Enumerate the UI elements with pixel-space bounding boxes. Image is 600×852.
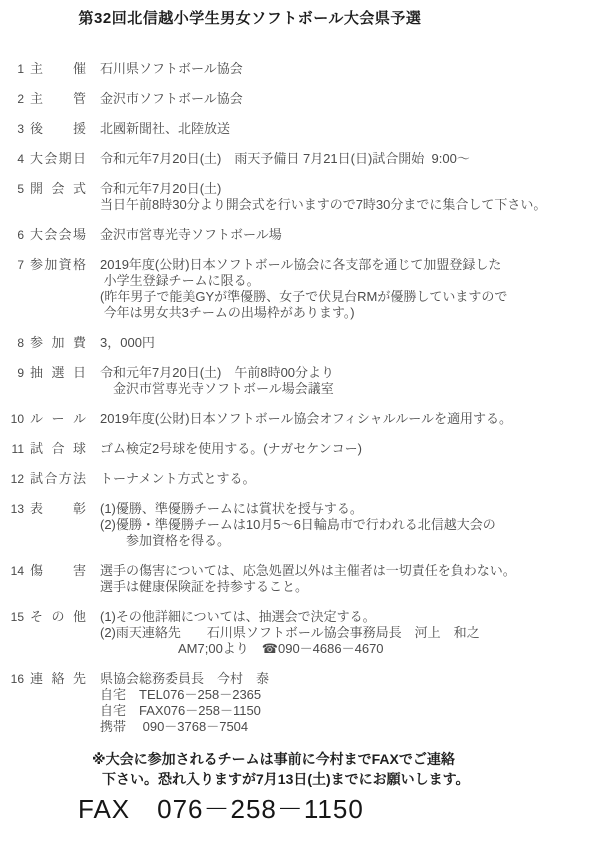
item-row: 16連絡先県協会総務委員長 今村 泰自宅 TEL076－258－2365自宅 F…	[0, 671, 600, 735]
item-value: (1)その他詳細については、抽選会で決定する。(2)雨天連絡先 石川県ソフトボー…	[100, 609, 480, 657]
item-text-line: ゴム検定2号球を使用する。(ナガセケンコー)	[100, 441, 362, 457]
item-row: 3後援北國新聞社、北陸放送	[0, 121, 600, 137]
item-value: 金沢市営専光寺ソフトボール場	[100, 227, 282, 243]
label-char: 先	[73, 671, 86, 687]
item-text-line: 金沢市営専光寺ソフトボール場	[100, 227, 282, 243]
label-char: 選	[51, 365, 64, 381]
label-char: 会	[44, 151, 57, 167]
fax-number: FAX 076－258－1150	[78, 794, 600, 824]
item-text-line: トーナメント方式とする。	[100, 471, 255, 487]
item-row: 2主管金沢市ソフトボール協会	[0, 91, 600, 107]
item-number: 12	[0, 471, 24, 487]
item-row: 12試合方法トーナメント方式とする。	[0, 471, 600, 487]
item-text-line: 石川県ソフトボール協会	[100, 61, 243, 77]
fax-notice: ※大会に参加されるチームは事前に今村までFAXでご連絡 下さい。恐れ入りますが7…	[92, 749, 600, 789]
label-char: 日	[73, 151, 86, 167]
item-text-line: 金沢市営専光寺ソフトボール場会議室	[100, 381, 334, 397]
item-value: 令和元年7月20日(土) 雨天予備日 7月21日(日)試合開始 9:00～	[100, 151, 470, 167]
item-number: 2	[0, 91, 24, 107]
item-label: ルール	[30, 411, 86, 427]
item-number: 14	[0, 563, 24, 579]
item-label: 大会期日	[30, 151, 86, 167]
item-text-line: 自宅 FAX076－258－1150	[100, 703, 269, 719]
label-char: 会	[51, 181, 64, 197]
item-row: 10ルール2019年度(公財)日本ソフトボール協会オフィシャルルールを適用する。	[0, 411, 600, 427]
item-label: 参加費	[30, 335, 86, 351]
item-row: 5開会式令和元年7月20日(土)当日午前8時30分より開会式を行いますので7時3…	[0, 181, 600, 213]
item-text-line: 小学生登録チームに限る。	[100, 273, 507, 289]
item-value: 県協会総務委員長 今村 泰自宅 TEL076－258－2365自宅 FAX076…	[100, 671, 269, 735]
item-number: 4	[0, 151, 24, 167]
item-value: 石川県ソフトボール協会	[100, 61, 243, 77]
item-text-line: 北國新聞社、北陸放送	[100, 121, 230, 137]
label-char: 催	[73, 61, 86, 77]
item-text-line: (1)その他詳細については、抽選会で決定する。	[100, 609, 480, 625]
item-label: 抽選日	[30, 365, 86, 381]
label-char: 援	[73, 121, 86, 137]
item-row: 7参加資格2019年度(公財)日本ソフトボール協会に各支部を通じて加盟登録した …	[0, 257, 600, 321]
label-char: ル	[30, 411, 43, 427]
item-text-line: 2019年度(公財)日本ソフトボール協会に各支部を通じて加盟登録した	[100, 257, 507, 273]
item-number: 3	[0, 121, 24, 137]
item-value: 金沢市ソフトボール協会	[100, 91, 243, 107]
label-char: 主	[30, 61, 43, 77]
item-label: 主管	[30, 91, 86, 107]
item-row: 1主催石川県ソフトボール協会	[0, 61, 600, 77]
item-value: 選手の傷害については、応急処置以外は主催者は一切責任を負わない。選手は健康保険証…	[100, 563, 516, 595]
item-row: 8参加費3，000円	[0, 335, 600, 351]
label-char: そ	[30, 609, 43, 625]
item-row: 4大会期日令和元年7月20日(土) 雨天予備日 7月21日(日)試合開始 9:0…	[0, 151, 600, 167]
label-char: 合	[44, 471, 57, 487]
label-char: 参	[30, 257, 43, 273]
label-char: 費	[73, 335, 86, 351]
item-text-line: 携帯 090－3768－7504	[100, 719, 269, 735]
fax-notice-line-2: 下さい。恐れ入りますが7月13日(土)までにお願いします。	[92, 769, 600, 789]
item-label: その他	[30, 609, 86, 625]
label-char: 開	[30, 181, 43, 197]
label-char: 参	[30, 335, 43, 351]
label-char: 大	[30, 151, 43, 167]
page-title: 第32回北信越小学生男女ソフトボール大会県予選	[0, 0, 500, 28]
label-char: ル	[73, 411, 86, 427]
label-char: 傷	[30, 563, 43, 579]
item-row: 14傷害選手の傷害については、応急処置以外は主催者は一切責任を負わない。選手は健…	[0, 563, 600, 595]
label-char: 加	[44, 257, 57, 273]
item-value: 2019年度(公財)日本ソフトボール協会に各支部を通じて加盟登録した 小学生登録…	[100, 257, 507, 321]
item-text-line: 今年は男女共3チームの出場枠があります。)	[100, 305, 507, 321]
item-number: 9	[0, 365, 24, 381]
item-row: 9抽選日令和元年7月20日(土) 午前8時00分より 金沢市営専光寺ソフトボール…	[0, 365, 600, 397]
item-number: 1	[0, 61, 24, 77]
label-char: 格	[73, 257, 86, 273]
item-value: 北國新聞社、北陸放送	[100, 121, 230, 137]
item-value: (1)優勝、準優勝チームには賞状を授与する。(2)優勝・準優勝チームは10月5～…	[100, 501, 496, 549]
label-char: 主	[30, 91, 43, 107]
item-label: 連絡先	[30, 671, 86, 687]
document-page: 第32回北信越小学生男女ソフトボール大会県予選 1主催石川県ソフトボール協会2主…	[0, 0, 600, 852]
item-text-line: 令和元年7月20日(土)	[100, 181, 546, 197]
label-char: 球	[73, 441, 86, 457]
label-char: 法	[73, 471, 86, 487]
item-number: 15	[0, 609, 24, 625]
label-char: 大	[30, 227, 43, 243]
label-char: 資	[59, 257, 72, 273]
item-number: 10	[0, 411, 24, 427]
label-char: 試	[30, 441, 43, 457]
fax-notice-line-1: ※大会に参加されるチームは事前に今村までFAXでご連絡	[92, 749, 600, 769]
item-value: 2019年度(公財)日本ソフトボール協会オフィシャルルールを適用する。	[100, 411, 512, 427]
item-label: 傷害	[30, 563, 86, 579]
item-label: 大会会場	[30, 227, 86, 243]
label-char: 期	[59, 151, 72, 167]
item-number: 8	[0, 335, 24, 351]
item-text-line: 3，000円	[100, 335, 155, 351]
label-char: 絡	[51, 671, 64, 687]
label-char: 試	[30, 471, 43, 487]
label-char: 会	[59, 227, 72, 243]
item-text-line: 選手の傷害については、応急処置以外は主催者は一切責任を負わない。	[100, 563, 516, 579]
item-value: 令和元年7月20日(土)当日午前8時30分より開会式を行いますので7時30分まで…	[100, 181, 546, 213]
item-text-line: (昨年男子で能美GYが準優勝、女子で伏見台RMが優勝していますので	[100, 289, 507, 305]
item-text-line: 令和元年7月20日(土) 午前8時00分より	[100, 365, 334, 381]
item-row: 15その他(1)その他詳細については、抽選会で決定する。(2)雨天連絡先 石川県…	[0, 609, 600, 657]
item-row: 13表彰(1)優勝、準優勝チームには賞状を授与する。(2)優勝・準優勝チームは1…	[0, 501, 600, 549]
item-label: 参加資格	[30, 257, 86, 273]
label-char: の	[51, 609, 64, 625]
item-number: 7	[0, 257, 24, 273]
label-char: 管	[73, 91, 86, 107]
item-row: 11試合球ゴム検定2号球を使用する。(ナガセケンコー)	[0, 441, 600, 457]
item-number: 13	[0, 501, 24, 517]
label-char: 後	[30, 121, 43, 137]
label-char: 合	[51, 441, 64, 457]
items-list: 1主催石川県ソフトボール協会2主管金沢市ソフトボール協会3後援北國新聞社、北陸放…	[0, 61, 600, 735]
item-number: 11	[0, 441, 24, 457]
item-text-line: 県協会総務委員長 今村 泰	[100, 671, 269, 687]
item-value: 令和元年7月20日(土) 午前8時00分より 金沢市営専光寺ソフトボール場会議室	[100, 365, 334, 397]
label-char: 彰	[73, 501, 86, 517]
label-char: 抽	[30, 365, 43, 381]
item-text-line: 選手は健康保険証を持参すること。	[100, 579, 516, 595]
item-number: 5	[0, 181, 24, 197]
item-text-line: (1)優勝、準優勝チームには賞状を授与する。	[100, 501, 496, 517]
item-row: 6大会会場金沢市営専光寺ソフトボール場	[0, 227, 600, 243]
label-char: 式	[73, 181, 86, 197]
label-char: 場	[73, 227, 86, 243]
item-text-line: 令和元年7月20日(土) 雨天予備日 7月21日(日)試合開始 9:00～	[100, 151, 470, 167]
label-char: 表	[30, 501, 43, 517]
label-char: ー	[51, 411, 64, 427]
item-number: 16	[0, 671, 24, 687]
label-char: 会	[44, 227, 57, 243]
item-value: ゴム検定2号球を使用する。(ナガセケンコー)	[100, 441, 362, 457]
label-char: 他	[73, 609, 86, 625]
label-char: 連	[30, 671, 43, 687]
item-text-line: 自宅 TEL076－258－2365	[100, 687, 269, 703]
item-text-line: 金沢市ソフトボール協会	[100, 91, 243, 107]
item-label: 試合球	[30, 441, 86, 457]
item-text-line: AM7;00より ☎090－4686－4670	[100, 641, 480, 657]
item-text-line: (2)雨天連絡先 石川県ソフトボール協会事務局長 河上 和之	[100, 625, 480, 641]
item-text-line: 当日午前8時30分より開会式を行いますので7時30分までに集合して下さい。	[100, 197, 546, 213]
label-char: 方	[59, 471, 72, 487]
label-char: 害	[73, 563, 86, 579]
item-value: トーナメント方式とする。	[100, 471, 255, 487]
label-char: 日	[73, 365, 86, 381]
item-label: 表彰	[30, 501, 86, 517]
item-label: 開会式	[30, 181, 86, 197]
item-number: 6	[0, 227, 24, 243]
item-value: 3，000円	[100, 335, 155, 351]
item-text-line: 2019年度(公財)日本ソフトボール協会オフィシャルルールを適用する。	[100, 411, 512, 427]
item-text-line: (2)優勝・準優勝チームは10月5～6日輪島市で行われる北信越大会の	[100, 517, 496, 533]
label-char: 加	[51, 335, 64, 351]
item-label: 試合方法	[30, 471, 86, 487]
item-label: 主催	[30, 61, 86, 77]
item-label: 後援	[30, 121, 86, 137]
item-text-line: 参加資格を得る。	[100, 533, 496, 549]
